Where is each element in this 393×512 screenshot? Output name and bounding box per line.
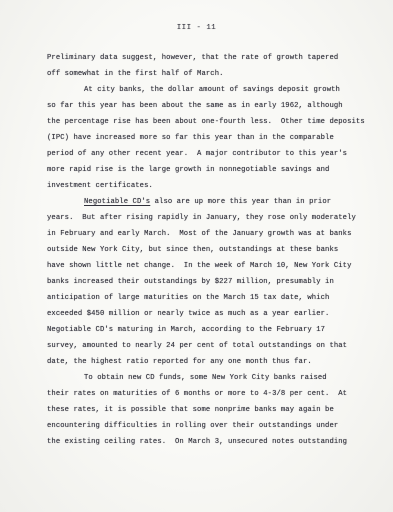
- text-line: survey, amounted to nearly 24 per cent o…: [47, 338, 369, 354]
- text-line: more rapid rise is the large growth in n…: [47, 162, 369, 178]
- text-line: To obtain new CD funds, some New York Ci…: [47, 370, 369, 386]
- text-line: anticipation of large maturities on the …: [47, 290, 369, 306]
- text-line: investment certificates.: [47, 178, 369, 194]
- text-line: the existing ceiling rates. On March 3, …: [47, 434, 369, 450]
- page-number: III - 11: [0, 24, 393, 32]
- text-line: the percentage rise has been about one-f…: [47, 114, 369, 130]
- text-line: exceeded $450 million or nearly twice as…: [47, 306, 369, 322]
- text-line: (IPC) have increased more so far this ye…: [47, 130, 369, 146]
- text-line: so far this year has been about the same…: [47, 98, 369, 114]
- text-line: years. But after rising rapidly in Janua…: [47, 210, 369, 226]
- document-page: III - 11 Preliminary data suggest, howev…: [0, 0, 393, 512]
- text-line: off somewhat in the first half of March.: [47, 66, 369, 82]
- document-body: Preliminary data suggest, however, that …: [47, 50, 369, 450]
- underlined-phrase: Negotiable CD's: [84, 198, 150, 206]
- text-line: At city banks, the dollar amount of savi…: [47, 82, 369, 98]
- text-line: Negotiable CD's also are up more this ye…: [47, 194, 369, 210]
- text-line: period of any other recent year. A major…: [47, 146, 369, 162]
- text-line: outside New York City, but since then, o…: [47, 242, 369, 258]
- text-line: Negotiable CD's maturing in March, accor…: [47, 322, 369, 338]
- text-line-rest: also are up more this year than in prior: [150, 198, 331, 206]
- text-line: banks increased their outstandings by $2…: [47, 274, 369, 290]
- text-line: in February and early March. Most of the…: [47, 226, 369, 242]
- text-line: these rates, it is possible that some no…: [47, 402, 369, 418]
- text-line: have shown little net change. In the wee…: [47, 258, 369, 274]
- text-line: their rates on maturities of 6 months or…: [47, 386, 369, 402]
- text-line: Preliminary data suggest, however, that …: [47, 50, 369, 66]
- text-line: date, the highest ratio reported for any…: [47, 354, 369, 370]
- text-line: encountering difficulties in rolling ove…: [47, 418, 369, 434]
